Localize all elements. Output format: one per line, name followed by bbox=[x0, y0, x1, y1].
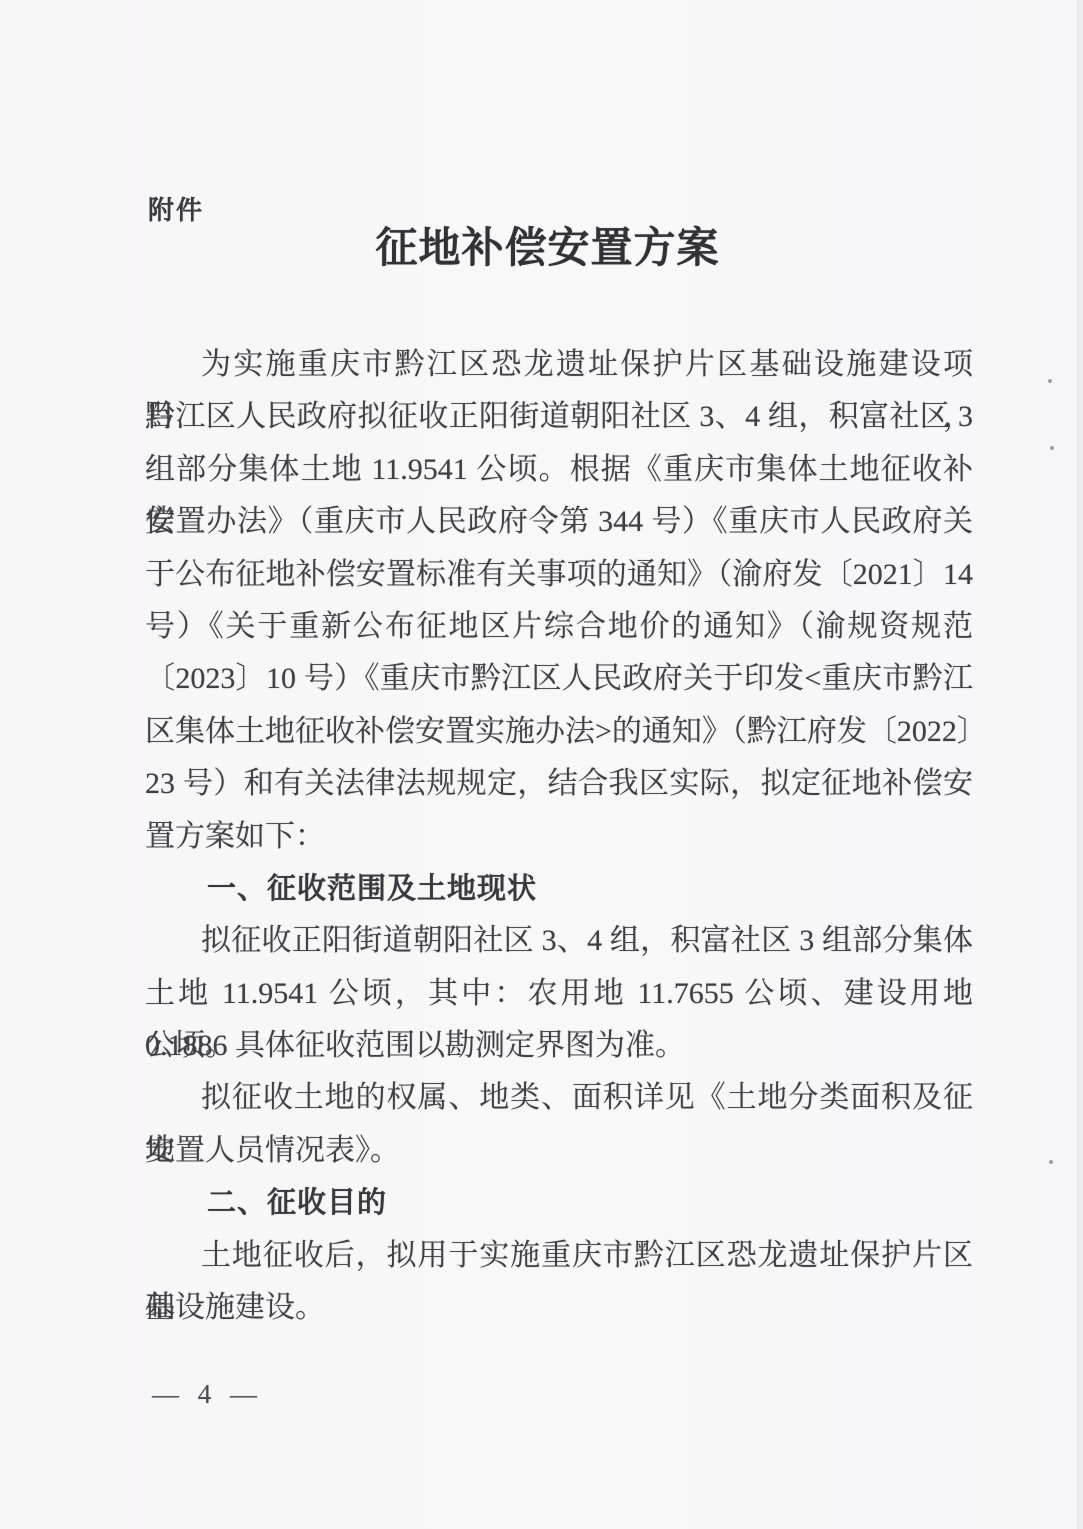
scan-speck-1 bbox=[1048, 379, 1052, 383]
document-page: 附件 征地补偿安置方案 为实施重庆市黔江区恐龙遗址保护片区基础设施建设项目， 黔… bbox=[0, 0, 1083, 1529]
body-line: 号）《关于重新公布征地区片综合地价的通知》（渝规资规范 bbox=[145, 601, 973, 653]
document-title: 征地补偿安置方案 bbox=[0, 224, 1083, 274]
body-line: 组部分集体土地 11.9541 公顷。根据《重庆市集体土地征收补偿 bbox=[145, 444, 973, 496]
body-line: 安置办法》（重庆市人民政府令第 344 号）《重庆市人民政府关 bbox=[145, 496, 973, 548]
body-line: 区集体土地征收补偿安置实施办法>的通知》（黔江府发〔2022〕 bbox=[145, 706, 973, 758]
body-line: 土地征收后，拟用于实施重庆市黔江区恐龙遗址保护片区基 bbox=[145, 1230, 973, 1282]
body-line: 公顷。具体征收范围以勘测定界图为准。 bbox=[145, 1020, 973, 1072]
scan-speck-3 bbox=[1049, 1160, 1053, 1164]
body-line: 23 号）和有关法律法规规定，结合我区实际，拟定征地补偿安 bbox=[145, 758, 973, 810]
body-line: 置方案如下： bbox=[145, 811, 973, 863]
body-line: 土地 11.9541 公顷，其中：农用地 11.7655 公顷、建设用地 0.1… bbox=[145, 968, 973, 1020]
scan-speck-2 bbox=[1050, 446, 1054, 450]
body-line: 安置人员情况表》。 bbox=[145, 1125, 973, 1177]
attachment-label: 附件 bbox=[148, 190, 204, 227]
body-line: 黔江区人民政府拟征收正阳街道朝阳社区 3、4 组，积富社区 3 bbox=[145, 391, 973, 443]
scan-edge-line bbox=[1077, 0, 1083, 1529]
body-line: 础设施建设。 bbox=[145, 1282, 973, 1334]
body-line: 〔2023〕10 号）《重庆市黔江区人民政府关于印发<重庆市黔江 bbox=[145, 653, 973, 705]
body-line: 拟征收正阳街道朝阳社区 3、4 组，积富社区 3 组部分集体 bbox=[145, 915, 973, 967]
section-heading-1: 一、征收范围及土地现状 bbox=[145, 863, 973, 915]
body-line: 于公布征地补偿安置标准有关事项的通知》（渝府发〔2021〕14 bbox=[145, 549, 973, 601]
body-line: 为实施重庆市黔江区恐龙遗址保护片区基础设施建设项目， bbox=[145, 339, 973, 391]
document-body: 为实施重庆市黔江区恐龙遗址保护片区基础设施建设项目， 黔江区人民政府拟征收正阳街… bbox=[145, 339, 973, 1334]
page-number: — 4 — bbox=[152, 1379, 259, 1410]
section-heading-2: 二、征收目的 bbox=[145, 1177, 973, 1229]
body-line: 拟征收土地的权属、地类、面积详见《土地分类面积及征地 bbox=[145, 1072, 973, 1124]
